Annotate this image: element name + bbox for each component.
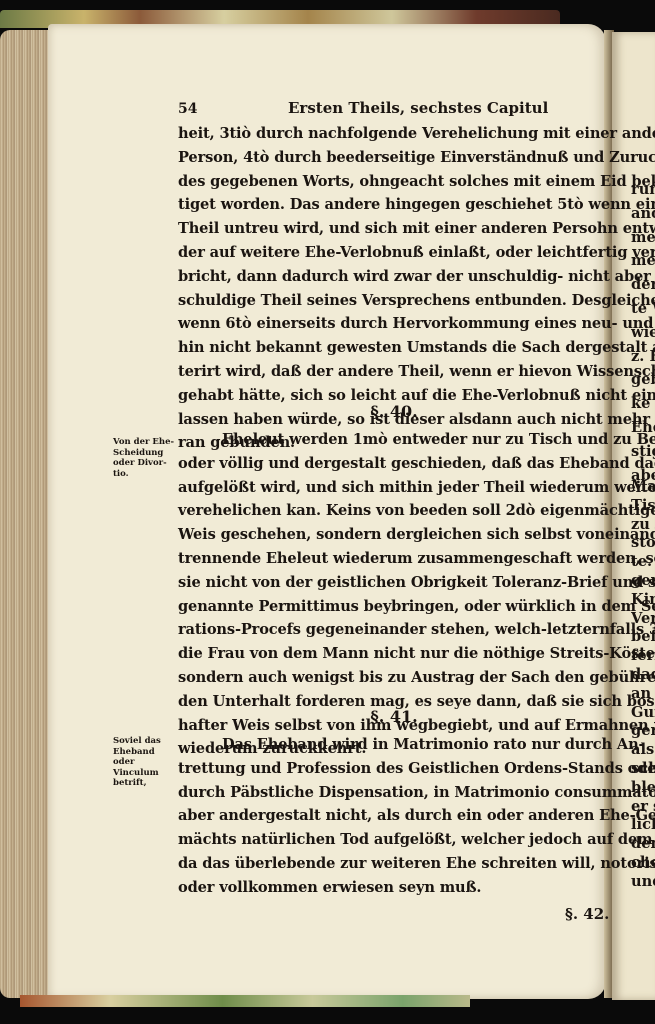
text-line: rations-Procefs gegeneinander stehen, we… bbox=[178, 618, 610, 642]
text-line: Theil untreu wird, und sich mit einer an… bbox=[178, 217, 610, 241]
section-41-paragraph: Das Eheband wird in Matrimonio rato nur … bbox=[178, 733, 610, 900]
text-line: genannte Permittimus beybringen, oder wü… bbox=[178, 595, 610, 619]
text-fragment: men bbox=[631, 249, 655, 273]
text-line: der auf weitere Ehe-Verlobnuß einlaßt, o… bbox=[178, 241, 610, 265]
margin-note-line: Eheband oder bbox=[113, 747, 179, 768]
margin-note-line: Soviel das bbox=[113, 736, 179, 747]
text-line: Person, 4tò durch beederseitige Einverst… bbox=[178, 146, 610, 170]
facing-page-text-top: run and meh men derg te W wie z. E geb k… bbox=[631, 178, 655, 487]
margin-note-line: oder Divor- bbox=[113, 458, 179, 469]
text-fragment: zu s bbox=[631, 516, 655, 535]
page-edges bbox=[0, 30, 52, 998]
text-fragment: und bbox=[631, 873, 655, 892]
text-fragment: geb bbox=[631, 368, 655, 392]
text-fragment: te. bbox=[631, 553, 655, 572]
margin-note-line: tio. bbox=[113, 469, 179, 480]
section-heading-40: §. 40. bbox=[178, 402, 610, 421]
margin-note-line: Vinculum bbox=[113, 768, 179, 779]
text-line: trettung und Profession des Geistlichen … bbox=[178, 757, 610, 781]
section-heading-41: §. 41. bbox=[178, 707, 610, 726]
margin-note-marriage-bond: Soviel das Eheband oder Vinculum betrift… bbox=[113, 736, 179, 789]
text-fragment: run bbox=[631, 178, 655, 202]
text-line: Eheleut werden 1mò entweder nur zu Tisch… bbox=[178, 428, 610, 452]
text-fragment: derg bbox=[631, 273, 655, 297]
page-number: 54 bbox=[178, 101, 197, 117]
text-line: Weis geschehen, sondern dergleichen sich… bbox=[178, 523, 610, 547]
margin-note-line: Von der Ehe- bbox=[113, 437, 179, 448]
text-fragment: als bbox=[631, 741, 655, 760]
text-fragment: befu bbox=[631, 628, 655, 647]
text-fragment: stork bbox=[631, 534, 655, 553]
text-fragment: Gun bbox=[631, 704, 655, 723]
text-line: sie nicht von der geistlichen Obrigkeit … bbox=[178, 571, 610, 595]
text-fragment: chen bbox=[631, 854, 655, 873]
running-head: Ersten Theils, sechstes Capitul bbox=[288, 99, 548, 117]
text-fragment: stig bbox=[631, 440, 655, 464]
text-line: durch Päbstliche Dispensation, in Matrim… bbox=[178, 781, 610, 805]
text-line: aber andergestalt nicht, als durch ein o… bbox=[178, 804, 610, 828]
text-line: hin nicht bekannt gewesten Umstands die … bbox=[178, 336, 610, 360]
text-line: terirt wird, daß der andere Theil, wenn … bbox=[178, 360, 610, 384]
margin-note-divorce: Von der Ehe- Scheidung oder Divor- tio. bbox=[113, 437, 179, 479]
text-line: des gegebenen Worts, ohngeacht solches m… bbox=[178, 170, 610, 194]
text-fragment: wie bbox=[631, 321, 655, 345]
text-line: trennende Eheleut wiederum zusammengesch… bbox=[178, 547, 610, 571]
text-line: tiget worden. Das andere hingegen geschi… bbox=[178, 193, 610, 217]
text-line: sondern auch wenigst bis zu Austrag der … bbox=[178, 666, 610, 690]
text-line: oder vollkommen erwiesen seyn muß. bbox=[178, 876, 610, 900]
text-line: bricht, dann dadurch wird zwar der unsch… bbox=[178, 265, 610, 289]
text-fragment: Ver bbox=[631, 610, 655, 629]
text-fragment: dem bbox=[631, 835, 655, 854]
text-fragment: ferne bbox=[631, 647, 655, 666]
text-line: oder völlig und dergestalt geschieden, d… bbox=[178, 452, 610, 476]
facing-page-text-bottom: Ma Tisch zu s stork te. gen Kin Ver befu… bbox=[631, 478, 655, 892]
text-fragment: meh bbox=[631, 226, 655, 250]
text-fragment: an s bbox=[631, 685, 655, 704]
text-line: Das Eheband wird in Matrimonio rato nur … bbox=[178, 733, 610, 757]
text-fragment: Ma bbox=[631, 478, 655, 497]
text-fragment: z. E bbox=[631, 345, 655, 369]
text-line: wenn 6tò einerseits durch Hervorkommung … bbox=[178, 312, 610, 336]
text-fragment: Kin bbox=[631, 591, 655, 610]
text-line: da das überlebende zur weiteren Ehe schr… bbox=[178, 852, 610, 876]
margin-note-line: betrift, bbox=[113, 778, 179, 789]
text-line: aufgelößt wird, und sich mithin jeder Th… bbox=[178, 476, 610, 500]
text-fragment: Ehe bbox=[631, 416, 655, 440]
text-fragment: liche bbox=[631, 816, 655, 835]
book-cover-marbled-bottom bbox=[20, 995, 470, 1007]
catchword: §. 42. bbox=[565, 905, 609, 923]
text-line: heit, 3tiò durch nachfolgende Verehelich… bbox=[178, 122, 610, 146]
text-fragment: er st bbox=[631, 798, 655, 817]
text-fragment: Tisch bbox=[631, 497, 655, 516]
text-fragment: te W bbox=[631, 297, 655, 321]
text-fragment: bleib bbox=[631, 779, 655, 798]
text-fragment: gen bbox=[631, 572, 655, 591]
text-fragment: dadu bbox=[631, 666, 655, 685]
text-line: die Frau von dem Mann nicht nur die nöth… bbox=[178, 642, 610, 666]
text-line: schuldige Theil seines Versprechens entb… bbox=[178, 289, 610, 313]
text-fragment: gens bbox=[631, 722, 655, 741]
text-fragment: ke l bbox=[631, 392, 655, 416]
text-fragment: schaf bbox=[631, 760, 655, 779]
text-fragment: and bbox=[631, 202, 655, 226]
text-line: verehelichen kan. Keins von beeden soll … bbox=[178, 499, 610, 523]
text-line: mächts natürlichen Tod aufgelößt, welche… bbox=[178, 828, 610, 852]
margin-note-line: Scheidung bbox=[113, 448, 179, 459]
